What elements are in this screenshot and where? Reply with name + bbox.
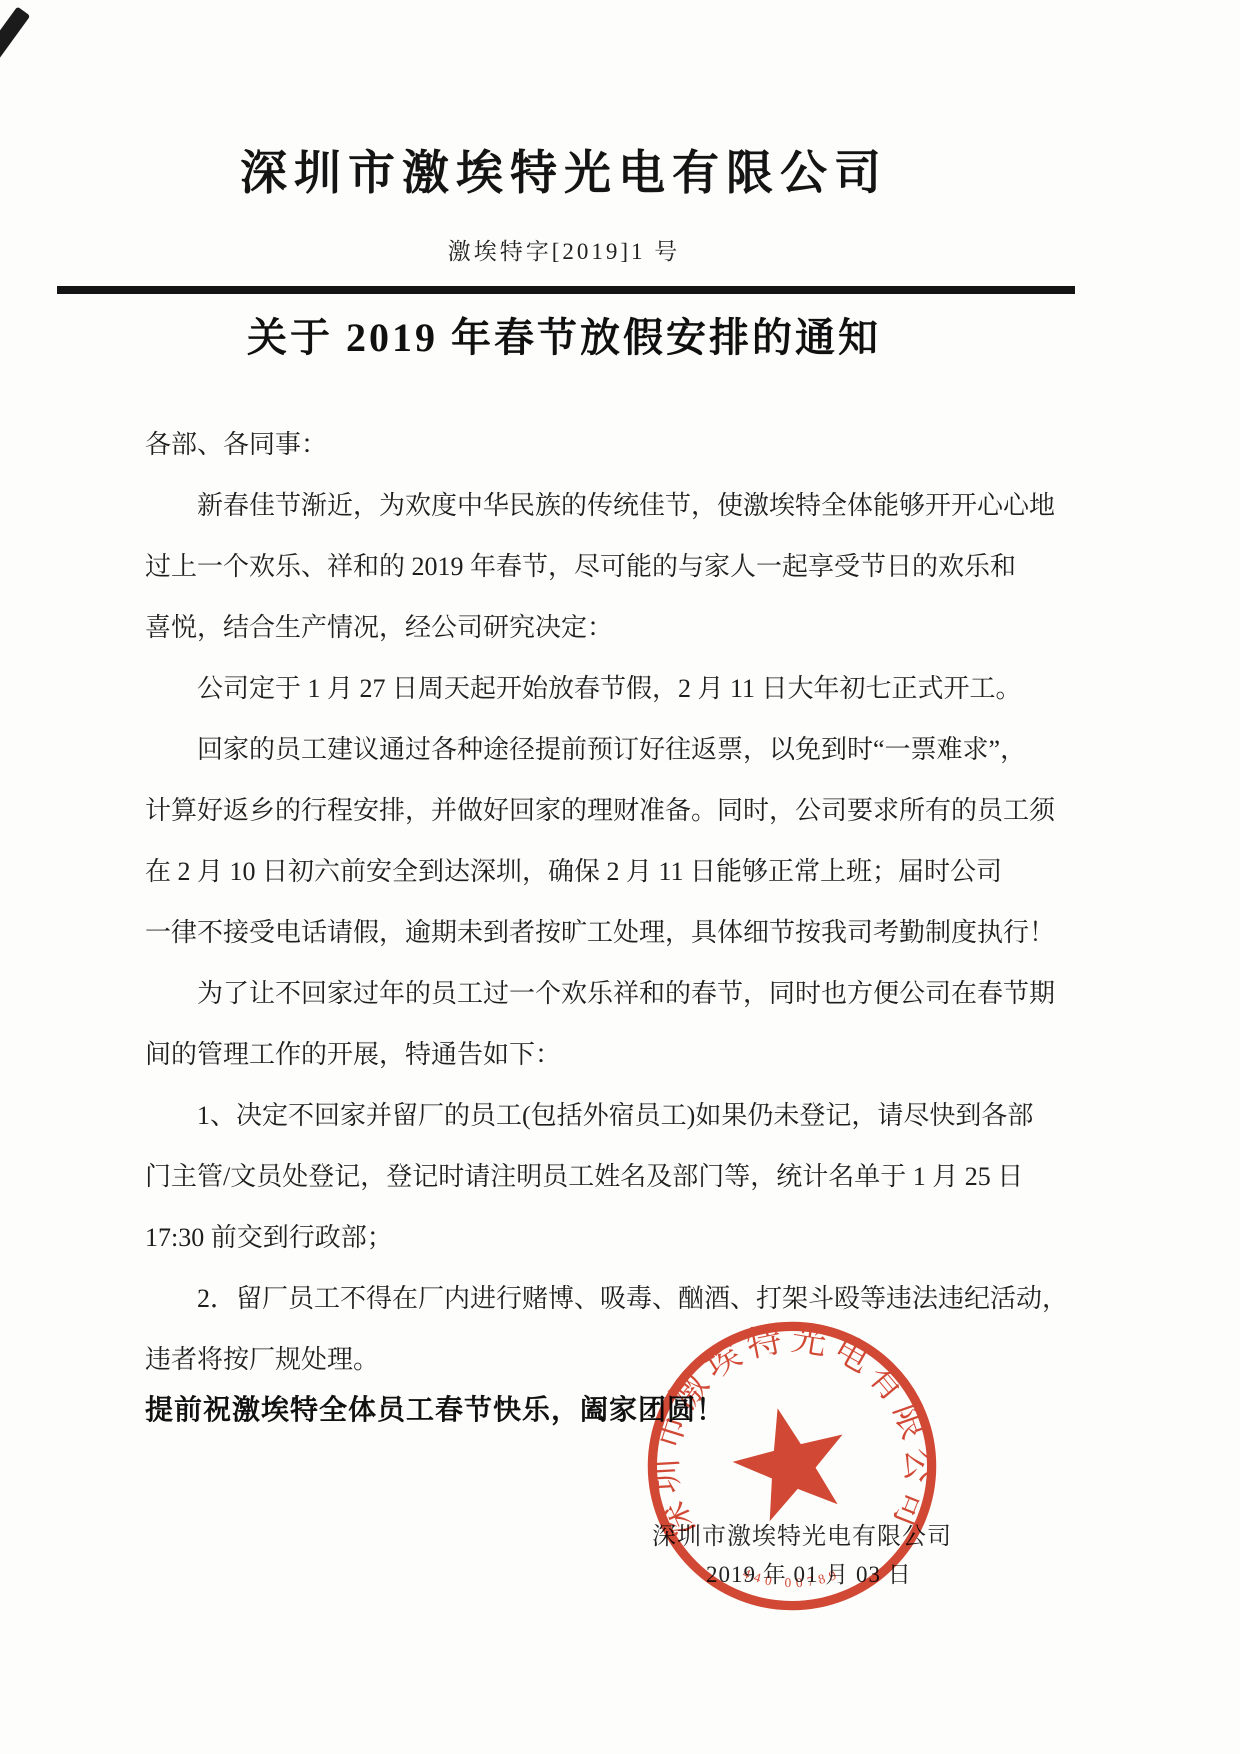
body-line: 在 2 月 10 日初六前安全到达深圳，确保 2 月 11 日能够正常上班；届时… bbox=[145, 841, 1073, 902]
company-name-header: 深圳市激埃特光电有限公司 bbox=[55, 136, 1073, 203]
svg-text:440 00789: 440 00789 bbox=[741, 1565, 843, 1590]
notice-body: 各部、各同事： 新春佳节渐近，为欢度中华民族的传统佳节，使激埃特全体能够开开心心… bbox=[145, 414, 1073, 1390]
company-seal: 深圳市激埃特光电有限公司 440 00789 bbox=[638, 1312, 946, 1620]
notice-item-1: 1、决定不回家并留厂的员工(包括外宿员工)如果仍未登记，请尽快到各部 bbox=[145, 1085, 1073, 1146]
seal-serial-number: 440 00789 bbox=[741, 1565, 843, 1590]
seal-star-icon bbox=[723, 1395, 859, 1527]
header-divider-rule bbox=[57, 286, 1075, 294]
scanned-notice-page: 深圳市激埃特光电有限公司 激埃特字[2019]1 号 关于 2019 年春节放假… bbox=[0, 0, 1240, 1754]
body-line: 计算好返乡的行程安排，并做好回家的理财准备。同时，公司要求所有的员工须 bbox=[145, 780, 1073, 841]
body-line: 17:30 前交到行政部； bbox=[145, 1207, 1073, 1268]
body-line: 新春佳节渐近，为欢度中华民族的传统佳节，使激埃特全体能够开开心心地 bbox=[145, 475, 1073, 536]
body-line: 过上一个欢乐、祥和的 2019 年春节，尽可能的与家人一起享受节日的欢乐和 bbox=[145, 536, 1073, 597]
body-line: 回家的员工建议通过各种途径提前预订好往返票，以免到时“一票难求”， bbox=[145, 719, 1073, 780]
body-line: 间的管理工作的开展，特通告如下： bbox=[145, 1024, 1073, 1085]
body-line: 为了让不回家过年的员工过一个欢乐祥和的春节，同时也方便公司在春节期 bbox=[145, 963, 1073, 1024]
body-line: 门主管/文员处登记，登记时请注明员工姓名及部门等，统计名单于 1 月 25 日 bbox=[145, 1146, 1073, 1207]
notice-title: 关于 2019 年春节放假安排的通知 bbox=[55, 306, 1073, 363]
body-line: 一律不接受电话请假，逾期未到者按旷工处理，具体细节按我司考勤制度执行！ bbox=[145, 902, 1073, 963]
salutation-line: 各部、各同事： bbox=[145, 414, 1073, 475]
body-line: 喜悦，结合生产情况，经公司研究决定： bbox=[145, 597, 1073, 658]
body-line: 公司定于 1 月 27 日周天起开始放春节假，2 月 11 日大年初七正式开工。 bbox=[145, 658, 1073, 719]
document-number: 激埃特字[2019]1 号 bbox=[55, 233, 1073, 266]
scan-artifact bbox=[0, 6, 30, 59]
